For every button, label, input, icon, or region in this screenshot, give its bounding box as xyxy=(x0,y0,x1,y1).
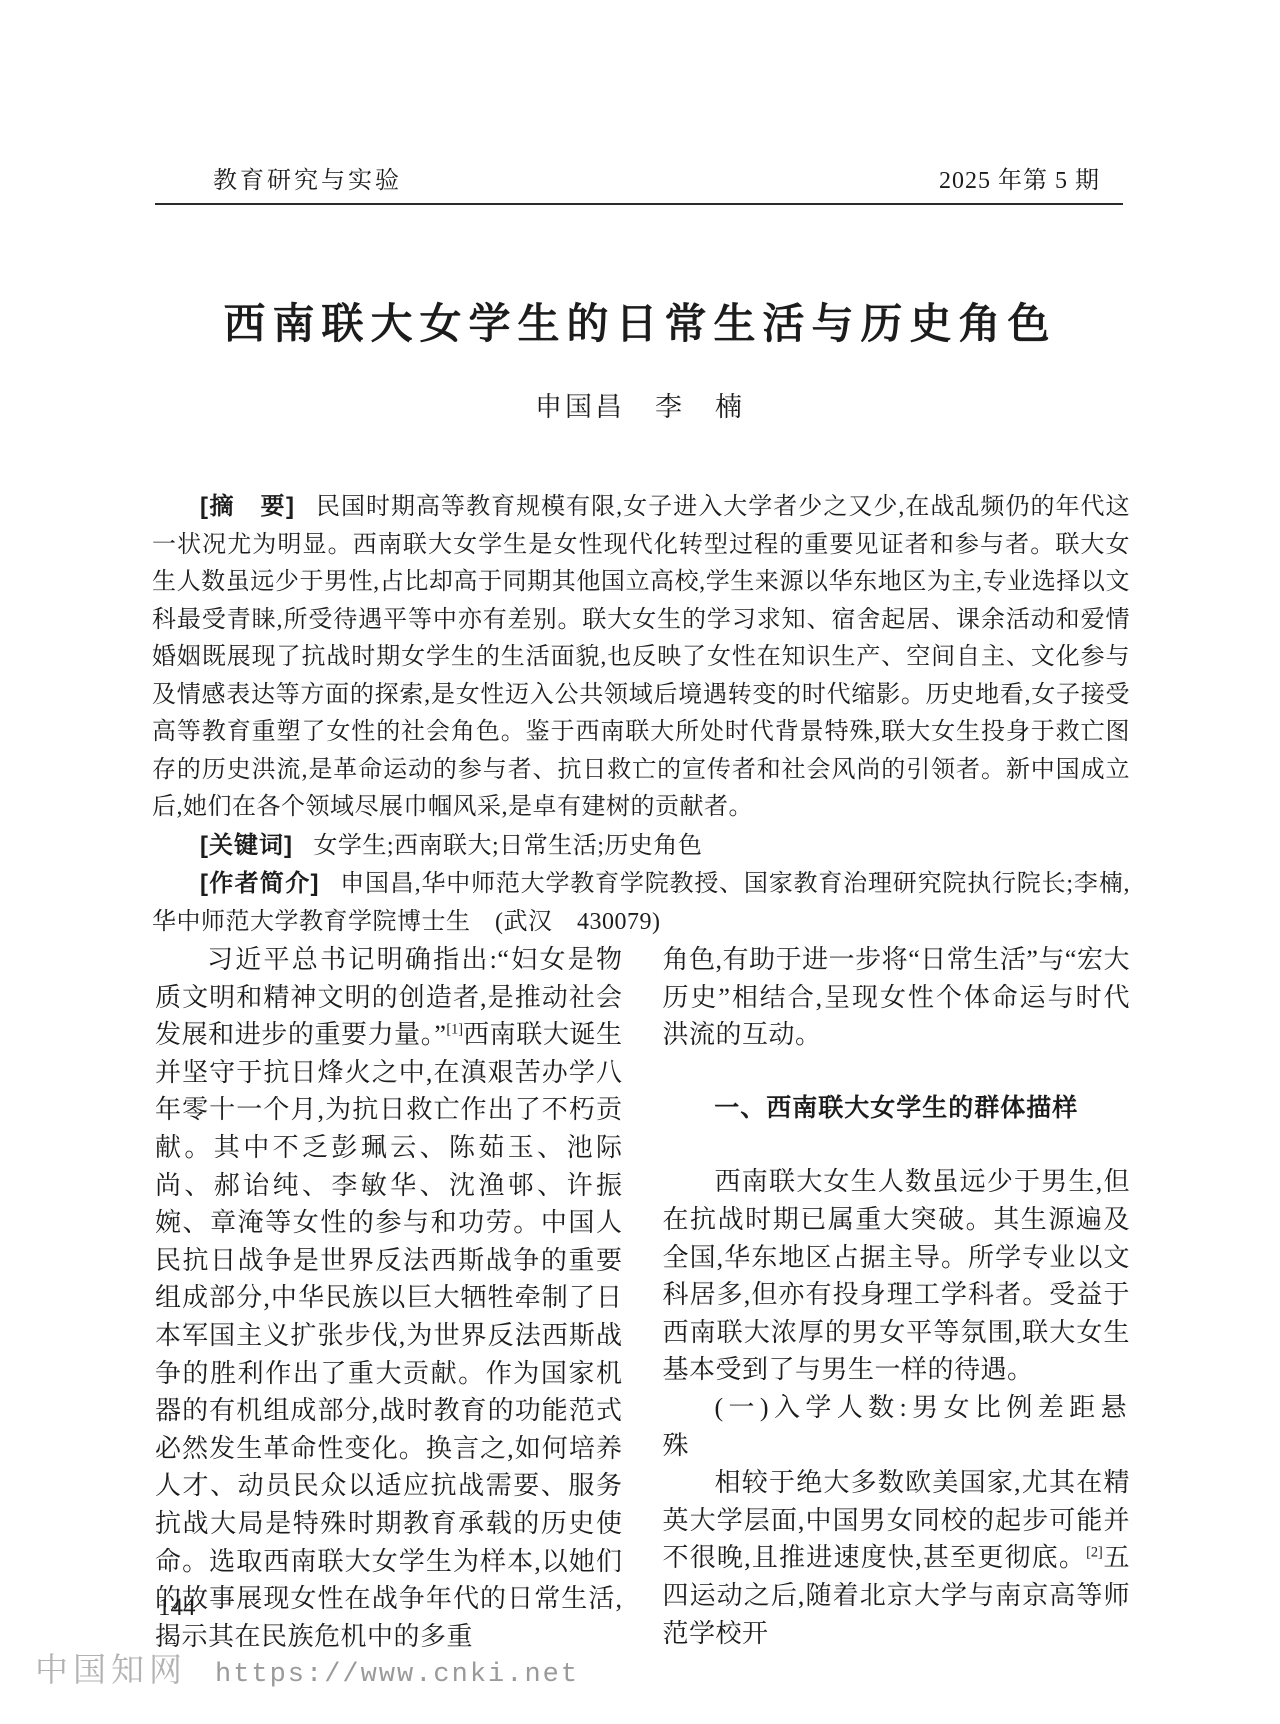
footnote-ref-2: [2] xyxy=(1086,1545,1103,1561)
keywords-label: [关键词] xyxy=(200,832,293,859)
journal-name: 教育研究与实验 xyxy=(213,160,402,195)
cnki-watermark-url: https://www.cnki.net xyxy=(215,1660,579,1690)
author-bio-label: [作者简介] xyxy=(200,870,320,897)
intro-text-after-ref: 西南联大诞生并坚守于抗日烽火之中,在滇艰苦办学八年零十一个月,为抗日救亡作出了不… xyxy=(155,1020,623,1651)
para2-text-before-ref: 相较于绝大多数欧美国家,尤其在精英大学层面,中国男女同校的起步可能并不很晚,且推… xyxy=(663,1468,1131,1572)
keywords-text: 女学生;西南联大;日常生活;历史角色 xyxy=(313,833,702,859)
footnote-ref-1: [1] xyxy=(446,1022,463,1038)
right-column: 角色,有助于进一步将“日常生活”与“宏大历史”相结合,呈现女性个体命运与时代洪流… xyxy=(663,941,1131,1655)
abstract-paragraph: [摘 要]民国时期高等教育规模有限,女子进入大学者少之又少,在战乱频仍的年代这一… xyxy=(152,488,1130,827)
page-number: 144 xyxy=(158,1594,196,1622)
left-column: 习近平总书记明确指出:“妇女是物质文明和精神文明的创造者,是推动社会发展和进步的… xyxy=(155,941,623,1655)
section-1-paragraph-1: 西南联大女生人数虽远少于男生,但在抗战时期已属重大突破。其生源遍及全国,华东地区… xyxy=(663,1163,1131,1389)
body-columns: 习近平总书记明确指出:“妇女是物质文明和精神文明的创造者,是推动社会发展和进步的… xyxy=(155,941,1130,1655)
cnki-watermark: 中国知网 https://www.cnki.net xyxy=(35,1644,579,1691)
header-rule xyxy=(155,203,1123,205)
intro-paragraph: 习近平总书记明确指出:“妇女是物质文明和精神文明的创造者,是推动社会发展和进步的… xyxy=(155,941,623,1655)
article-authors: 申国昌 李 楠 xyxy=(0,385,1280,424)
issue-label: 2025 年第 5 期 xyxy=(939,160,1100,195)
paper-page: 教育研究与实验 2025 年第 5 期 西南联大女学生的日常生活与历史角色 申国… xyxy=(0,0,1280,1724)
front-matter: [摘 要]民国时期高等教育规模有限,女子进入大学者少之又少,在战乱频仍的年代这一… xyxy=(152,488,1130,941)
article-title: 西南联大女学生的日常生活与历史角色 xyxy=(0,291,1280,351)
intro-paragraph-continuation: 角色,有助于进一步将“日常生活”与“宏大历史”相结合,呈现女性个体命运与时代洪流… xyxy=(663,941,1131,1054)
abstract-text: 民国时期高等教育规模有限,女子进入大学者少之又少,在战乱频仍的年代这一状况尤为明… xyxy=(152,494,1130,820)
section-1-heading: 一、西南联大女学生的群体描样 xyxy=(663,1090,1131,1128)
running-head: 教育研究与实验 2025 年第 5 期 xyxy=(155,160,1130,195)
cnki-watermark-name: 中国知网 xyxy=(35,1644,187,1691)
author-bio-paragraph: [作者简介]申国昌,华中师范大学教育学院教授、国家教育治理研究院执行院长;李楠,… xyxy=(152,865,1130,941)
abstract-label: [摘 要] xyxy=(200,493,295,520)
subsection-1-heading: (一)入学人数:男女比例差距悬殊 xyxy=(663,1389,1131,1464)
keywords-paragraph: [关键词]女学生;西南联大;日常生活;历史角色 xyxy=(152,827,1130,866)
section-1-paragraph-2: 相较于绝大多数欧美国家,尤其在精英大学层面,中国男女同校的起步可能并不很晚,且推… xyxy=(663,1464,1131,1652)
